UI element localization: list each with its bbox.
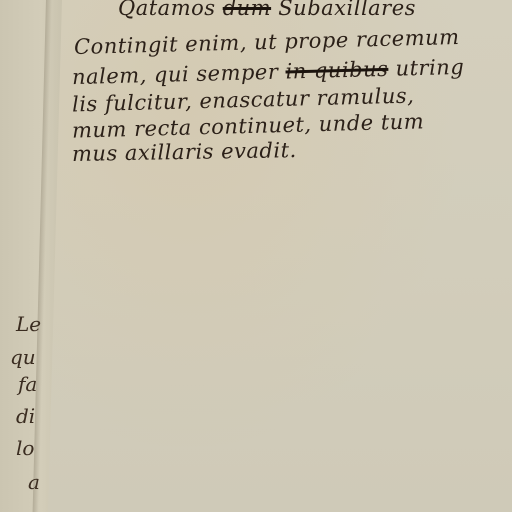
back-line: lo — [16, 436, 34, 460]
back-line: di — [16, 404, 35, 428]
back-line: qu — [10, 345, 36, 369]
back-line: fa — [18, 372, 37, 396]
manuscript-line-6: mus axillaris evadit. — [72, 138, 297, 166]
manuscript-line-1: Qatamos dum Subaxillares — [118, 0, 416, 20]
